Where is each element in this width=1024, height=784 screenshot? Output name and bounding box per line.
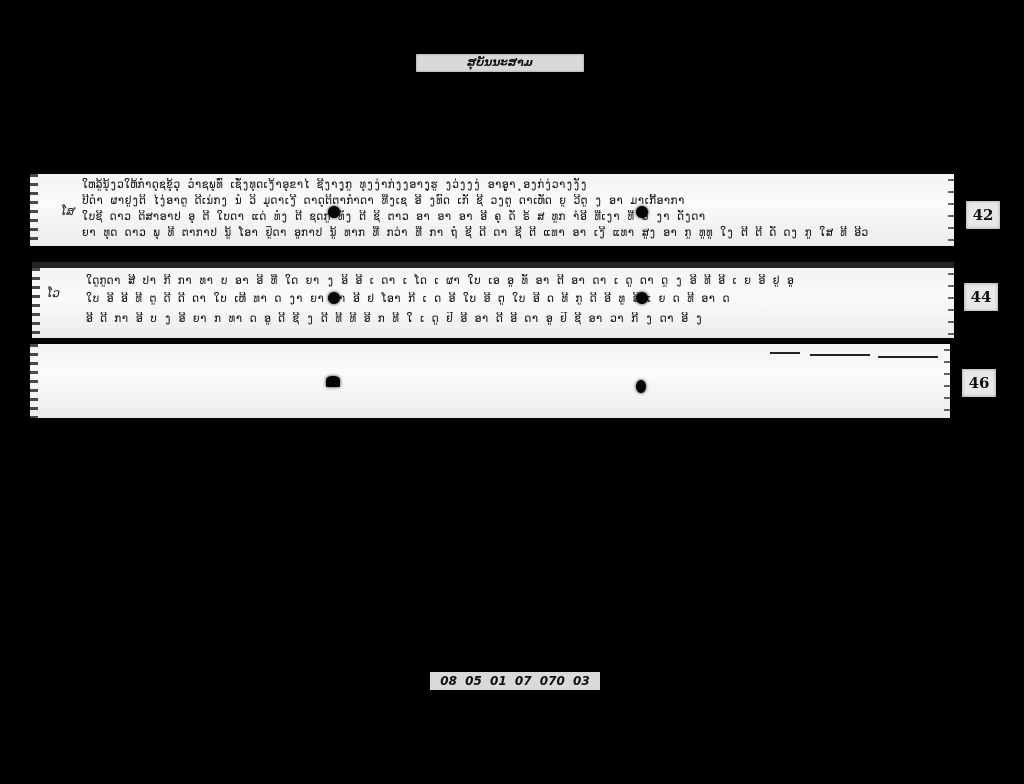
palm-leaf-folio-44: ໂວ ໃດູກູດາ ສີ ປາ ກີ ກາ ທາ ບ ອາ ອີ ທີ່ ໃດ… [32,262,954,338]
folio-number-label: 44 [964,283,998,311]
scratch-mark [810,354,870,356]
text-line: ຍາ ທຸດ ດາວ ພຸ ທີ ຕາກາປ ນູ້ ໂອາ ຢູ້ດາ ອູກ… [82,226,902,239]
scratch-mark [770,352,800,354]
text-line: ໃຫລູ້ນຸ້ງວໃຫ້ກໍາດຸຊຸຂຸ້ວຸ ວໍາຊູພຸທົ່ ເຊັ… [82,178,902,191]
string-hole [328,292,340,304]
margin-mark: ໂສ [60,204,74,218]
manuscript-title-label: ສຸບັນນະສາມ [416,54,584,72]
string-hole [636,292,648,304]
folio-number-label: 42 [966,201,1000,229]
text-line: ອີ ດີ ກາ ອີ ບ ງູ ອີ ຍາ ກ ທາ ດ ອູ ດີ ຊີ ງ… [86,312,906,325]
text-line: ໃດູກູດາ ສີ ປາ ກີ ກາ ທາ ບ ອາ ອີ ທີ່ ໃດ ຍາ… [86,274,906,287]
palm-leaf-folio-46 [30,344,950,418]
text-line: ບີດໍາ ຜາຢູງຸຕິ ໄງ່ອາຕູ ດີເນ່ກງ ນໍ ວິ ມຸດ… [82,194,902,207]
string-hole [326,376,340,387]
folio-number-label: 46 [962,369,996,397]
palm-leaf-folio-42: ໂສ ໃຫລູ້ນຸ້ງວໃຫ້ກໍາດຸຊຸຂຸ້ວຸ ວໍາຊູພຸທົ່ … [30,174,954,246]
text-line: ໃບ ອີ ອີ ທີ ຕູ ດີ ດີ ດາ ໃບ ເຫີ ທາ ດ ງາ ຍ… [86,292,906,305]
scratch-mark [878,356,938,358]
margin-mark: ໂວ [46,286,59,300]
string-hole [636,206,648,218]
string-hole [636,380,646,393]
string-hole [328,206,340,218]
archive-id-label: 08 05 01 07 070 03 [430,672,600,690]
text-line: ໃບຊີ ດາວ ຕິສາອາປ ອຸ ຕີ ໃບດາ ແດ່ ທໍງ ຕີ ຊ… [82,210,902,223]
